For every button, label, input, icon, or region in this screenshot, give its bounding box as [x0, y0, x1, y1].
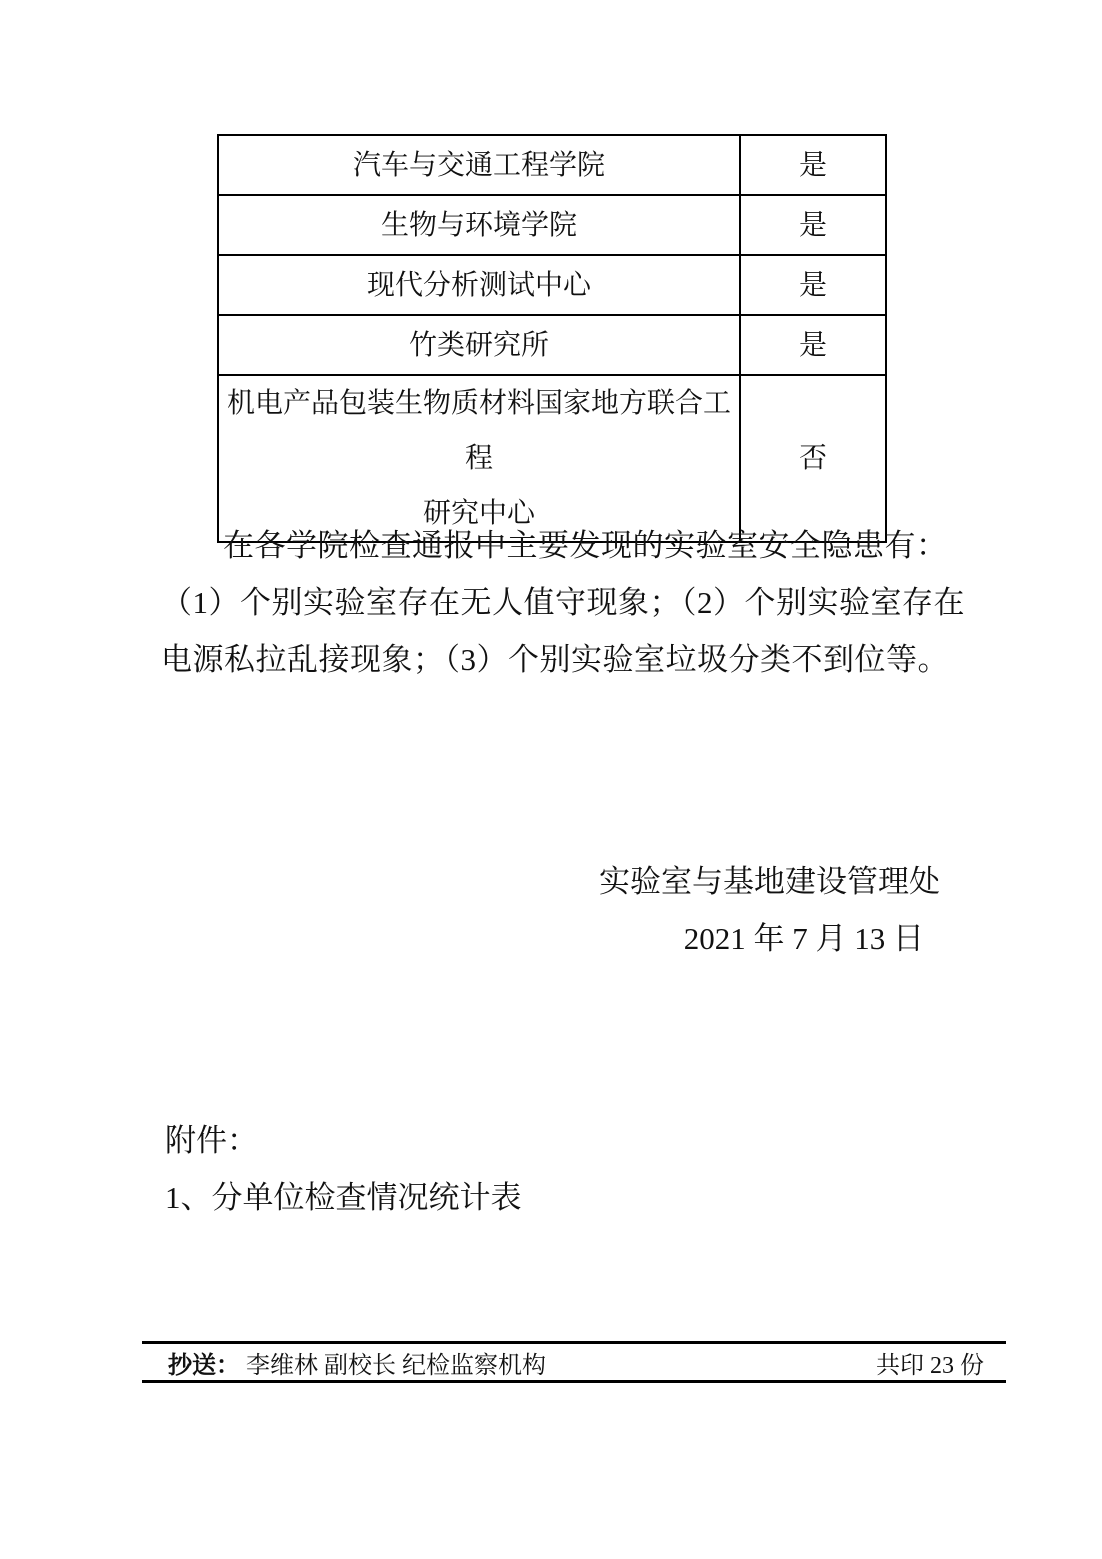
print-copies-count: 共印 23 份 — [876, 1345, 984, 1380]
cc-label: 抄送： — [168, 1352, 240, 1379]
paragraph-line: 在各学院检查通报中主要发现的实验室安全隐患有： — [161, 517, 943, 574]
copy-distribution-bar: 抄送：李维林 副校长 纪检监察机构 共印 23 份 — [142, 1341, 1006, 1383]
issuing-office: 实验室与基地建设管理处 — [599, 853, 940, 910]
table-row: 汽车与交通工程学院 是 — [218, 135, 886, 195]
checked-flag-cell: 是 — [740, 195, 886, 255]
unit-name-cell: 现代分析测试中心 — [218, 255, 740, 315]
checked-flag-cell: 是 — [740, 135, 886, 195]
attachment-item: 1、分单位检查情况统计表 — [165, 1169, 522, 1226]
findings-paragraph: 在各学院检查通报中主要发现的实验室安全隐患有： （1）个别实验室存在无人值守现象… — [161, 517, 943, 688]
checked-flag-cell: 是 — [740, 255, 886, 315]
cc-line: 抄送：李维林 副校长 纪检监察机构 — [168, 1345, 546, 1380]
unit-name-cell: 生物与环境学院 — [218, 195, 740, 255]
issue-date: 2021 年 7 月 13 日 — [599, 910, 940, 967]
paragraph-line: （1）个别实验室存在无人值守现象；（2）个别实验室存在 — [161, 574, 943, 631]
attachments-label: 附件： — [165, 1112, 522, 1169]
table-row: 竹类研究所 是 — [218, 315, 886, 375]
checked-flag-cell: 是 — [740, 315, 886, 375]
paragraph-line: 电源私拉乱接现象；（3）个别实验室垃圾分类不到位等。 — [161, 631, 943, 688]
table-row: 生物与环境学院 是 — [218, 195, 886, 255]
table-row: 现代分析测试中心 是 — [218, 255, 886, 315]
unit-check-table: 汽车与交通工程学院 是 生物与环境学院 是 现代分析测试中心 是 竹类研究所 是… — [217, 134, 887, 543]
unit-name-cell: 竹类研究所 — [218, 315, 740, 375]
attachments-block: 附件： 1、分单位检查情况统计表 — [165, 1112, 522, 1226]
unit-name-cell: 汽车与交通工程学院 — [218, 135, 740, 195]
cc-recipients: 李维林 副校长 纪检监察机构 — [246, 1353, 546, 1379]
signature-block: 实验室与基地建设管理处 2021 年 7 月 13 日 — [599, 853, 940, 967]
document-page: 汽车与交通工程学院 是 生物与环境学院 是 现代分析测试中心 是 竹类研究所 是… — [0, 0, 1102, 1559]
